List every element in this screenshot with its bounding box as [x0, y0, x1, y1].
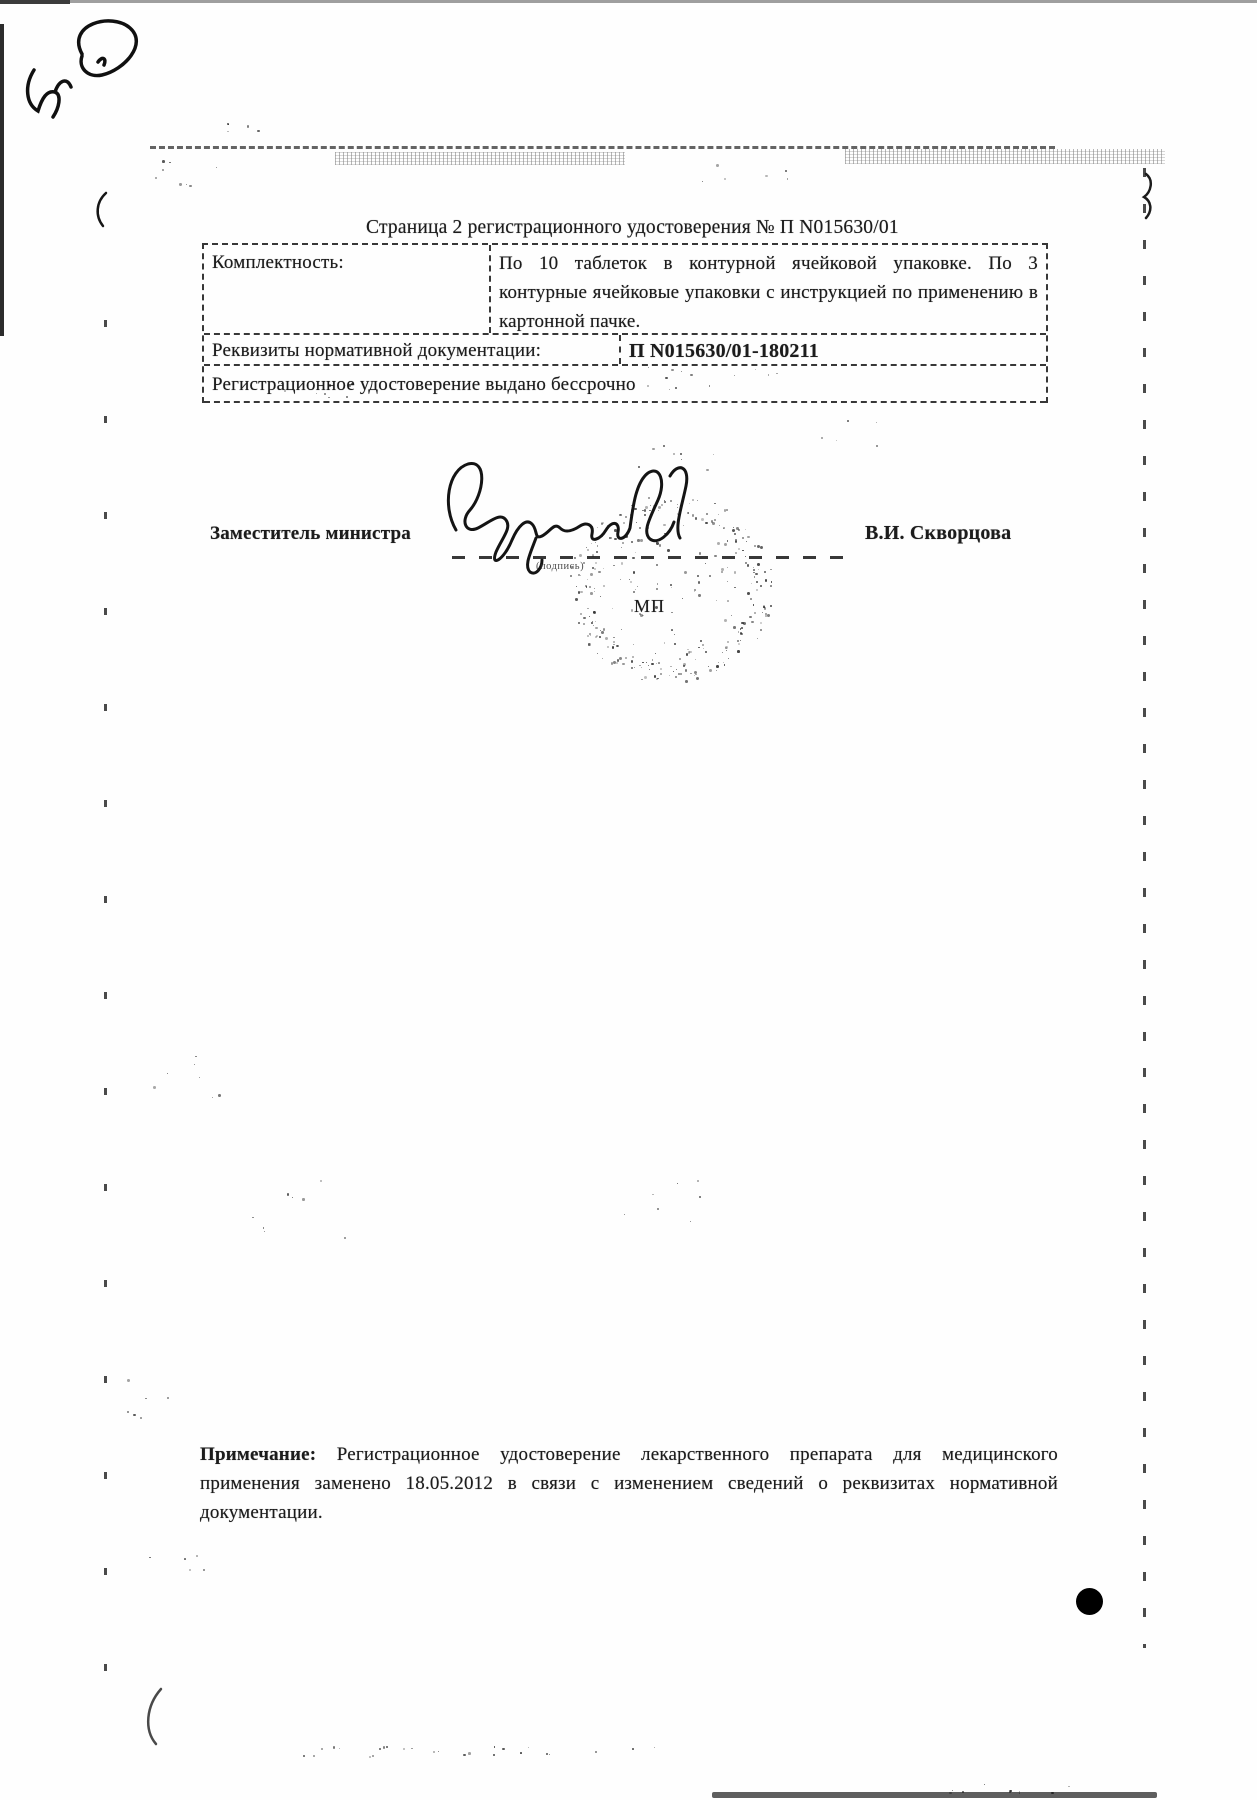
scan-smudge: [845, 149, 1165, 164]
note-label: Примечание:: [200, 1444, 316, 1465]
table-row-normative-docs: Реквизиты нормативной документации: П N0…: [204, 335, 1046, 366]
margin-dash-right: [1143, 168, 1146, 1648]
margin-squiggle-mark: [1136, 170, 1160, 222]
margin-paren-mark: [92, 190, 112, 230]
signature-title: Заместитель министра: [210, 520, 411, 548]
margin-paren-mark: [142, 1686, 168, 1748]
row-label: Реквизиты нормативной документации:: [204, 335, 621, 364]
page-marker-dot: [1076, 1588, 1103, 1615]
row-label: Комплектность:: [204, 245, 491, 333]
scan-top-line: [0, 0, 1257, 3]
scanned-document-page: { "page": { "header": "Страница 2 регист…: [0, 0, 1257, 1800]
page-header-text: Страница 2 регистрационного удостоверени…: [366, 214, 899, 242]
registration-table: Комплектность: По 10 таблеток в контурно…: [202, 243, 1048, 403]
scan-left-edge: [0, 24, 4, 336]
note-text: Регистрационное удостоверение лекарствен…: [200, 1444, 1058, 1523]
scan-smudge: [335, 152, 625, 165]
table-row-completeness: Комплектность: По 10 таблеток в контурно…: [204, 245, 1046, 335]
row-value: По 10 таблеток в контурной ячейковой упа…: [491, 245, 1046, 333]
note-paragraph: Примечание: Регистрационное удостоверени…: [200, 1440, 1058, 1527]
scan-top-line-dark: [0, 0, 70, 4]
row-value: П N015630/01-180211: [621, 335, 1046, 364]
scan-smudge-bottom: [712, 1792, 1157, 1798]
round-stamp: [555, 485, 785, 700]
margin-dash-left: [104, 320, 107, 1750]
signatory-name: В.И. Скворцова: [865, 519, 1011, 547]
handwritten-mark: [8, 12, 153, 120]
